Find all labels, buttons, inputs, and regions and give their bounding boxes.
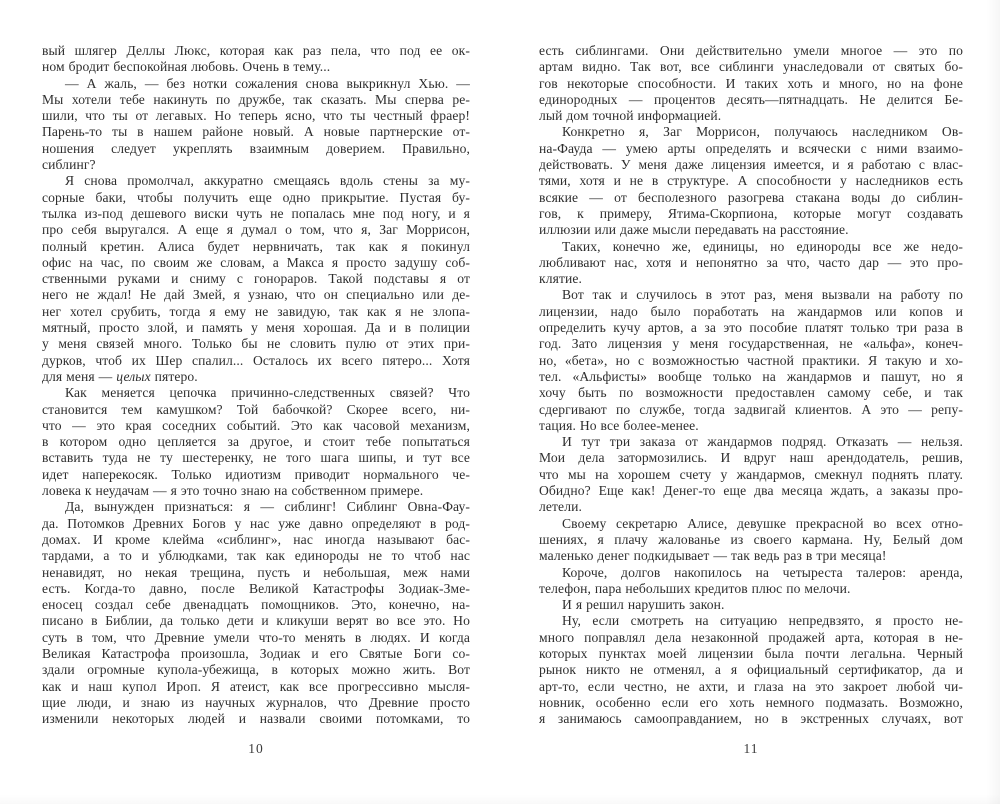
text-line: — А жаль, — без нотки сожаления снова вы… [42,76,470,92]
text-line: тация. Но все более-менее. [539,418,963,434]
text-line: ном бродит беспокойная любовь. Очень в т… [42,59,470,75]
text-line: вставить туда не ту шестеренку, не того … [42,450,470,466]
text-line: Таких, конечно же, единицы, но единороды… [539,239,963,255]
text-line: любливают нас, хотя и непонятно за что, … [539,255,963,271]
text-line: Великая Катастрофа произошла, Зодиак и е… [42,646,470,662]
text-line: шениях, я плачу жалованье из своего карм… [539,532,963,548]
text-line: есть. Когда-то давно, после Великой Ката… [42,581,470,597]
text-line: тылка из-под дешевого виски чуть не попа… [42,206,470,222]
text-line: И тут три заказа от жандармов подряд. От… [539,434,963,450]
text-line: сорные баки, чтобы получить еще одно при… [42,190,470,206]
text-line: лицензии, надо было поработать на жандар… [539,304,963,320]
text-line: в котором одно цепляется за другое, и ст… [42,434,470,450]
text-line: ненавидят, но некая трещина, пусть и неб… [42,565,470,581]
page-right: есть сиблингами. Они действительно умели… [539,43,963,757]
text-line: что — это края соседних событий. Это как… [42,418,470,434]
text-line: сдергивают по службе, тогда задвигай кли… [539,402,963,418]
text-line: гов, к примеру, Ятима-Скорпиона, которые… [539,206,963,222]
text-line: щие люди, и знаю из научных журналов, чт… [42,695,470,711]
text-line: еносец создал себе двенадцать помощников… [42,597,470,613]
text-line: полный кретин. Алиса будет нервничать, т… [42,239,470,255]
text-line: Конкретно я, Заг Моррисон, получаюсь нас… [539,124,963,140]
text-line: действовать. У меня даже лицензия имеетс… [539,157,963,173]
text-line: офис на час, по своим же словам, а Макса… [42,255,470,271]
text-line: тардами, а то и ублюдками, так как едино… [42,548,470,564]
page-left-text: вый шлягер Деллы Люкс, которая как раз п… [42,43,470,727]
text-line: хочу быть по возможности предоставлен са… [539,385,963,401]
text-line: Обидно? Еще как! Денег-то еще два месяца… [539,483,963,499]
text-line: маленько денег подкидывает — так ведь ра… [539,548,963,564]
text-line: артам видно. Так вот, все сиблинги унасл… [539,59,963,75]
text-line: И я решил нарушить закон. [539,597,963,613]
text-line: ношения следует укреплять взаимным довер… [42,141,470,157]
text-line: идет наперекосяк. Только идиотизм привод… [42,467,470,483]
text-line: Да, вынужден признаться: я — сиблинг! Си… [42,499,470,515]
text-line: как и наш купол Ироп. Я атеист, как все … [42,679,470,695]
page-right-number: 11 [539,741,963,757]
text-line: Мы хотели тебе накинуть по дружбе, так с… [42,92,470,108]
text-line: гов некоторые способности. И таких хоть … [539,76,963,92]
text-line: единородных — процентов десять—пятнадцат… [539,92,963,108]
text-line: сиблинг? [42,157,470,173]
text-line: Короче, долгов накопилось на четыреста т… [539,565,963,581]
text-line: всякие — от бесполезного разогрева стака… [539,190,963,206]
page-left: вый шлягер Деллы Люкс, которая как раз п… [42,43,470,757]
text-line: суть в том, что Древние умели что-то мен… [42,630,470,646]
text-line: арт-то, если честно, не ахти, и глаза на… [539,679,963,695]
text-line: иллюзии или даже мысли передавать на рас… [539,222,963,238]
text-line: которых пунктах моей лицензии была почти… [539,646,963,662]
text-line: дурков, чтоб их Шер спалил... Осталось и… [42,353,470,369]
text-line: мятный, просто злой, и память у меня хор… [42,320,470,336]
page-left-number: 10 [42,741,470,757]
text-line: определить кучу артов, а за это пособие … [539,320,963,336]
text-line: Я снова промолчал, аккуратно смещаясь вд… [42,173,470,189]
text-line: год. Зато лицензия у меня государственна… [539,336,963,352]
text-line: телефон, пара небольших кредитов плюс по… [539,581,963,597]
text-line: изменили некоторых людей и назвали своим… [42,711,470,727]
book-spread: вый шлягер Деллы Люкс, которая как раз п… [0,0,1000,804]
text-line: про себя выругался. А еще я думал о том,… [42,222,470,238]
text-line: много поправлял дела незаконной продажей… [539,630,963,646]
text-line: становится тем камушком? Той бабочкой? С… [42,402,470,418]
text-line: на-Фауда — умею арты определять и всячес… [539,141,963,157]
text-line: здали огромные купола-убежища, в которых… [42,662,470,678]
text-line: я занимаюсь самооправданием, но в экстре… [539,711,963,727]
text-line: Как меняется цепочка причинно-следственн… [42,385,470,401]
text-line: новник, особенно если его хоть немного п… [539,695,963,711]
text-line: тями, хотя и не в структуре. А способнос… [539,173,963,189]
page-right-text: есть сиблингами. Они действительно умели… [539,43,963,727]
text-line: для меня — целых пятеро. [42,369,470,385]
text-line: Своему секретарю Алисе, девушке прекрасн… [539,516,963,532]
text-line: но, «бета», но с возможностью частной пр… [539,353,963,369]
text-line: Мои дела затормозились. И вдруг наш арен… [539,450,963,466]
text-line: ловека к неудачам — я это точно знаю на … [42,483,470,499]
text-line: ственными руками и сниму с гонораров. Та… [42,271,470,287]
text-line: домах. И кроме клейма «сиблинг», нас ино… [42,532,470,548]
text-line: что мы на хорошем счету у жандармов, сме… [539,467,963,483]
text-line: да. Потомков Древних Богов у нас уже дав… [42,516,470,532]
text-line: лый дом точной информацией. [539,108,963,124]
text-line: есть сиблингами. Они действительно умели… [539,43,963,59]
text-line: клятие. [539,271,963,287]
text-line: тел. «Альфисты» вообще только на жандарм… [539,369,963,385]
text-line: Ну, если смотреть на ситуацию непредвзят… [539,613,963,629]
text-line: летели. [539,499,963,515]
text-line: рынок никто не отменял, а я официальный … [539,662,963,678]
text-line: Вот так и случилось в этот раз, меня выз… [539,287,963,303]
text-line: у меня связей много. Только бы не словит… [42,336,470,352]
text-line: писано в Библии, да только дети и кликуш… [42,613,470,629]
text-line: него не ждал! Не дай Змей, я узнаю, что … [42,287,470,303]
text-line: шили, что ты от легавых. Но теперь ясно,… [42,108,470,124]
text-line: нег хотел срубить, тогда я ему не завиду… [42,304,470,320]
text-line: вый шлягер Деллы Люкс, которая как раз п… [42,43,470,59]
text-line: Парень-то ты в нашем районе новый. А нов… [42,124,470,140]
